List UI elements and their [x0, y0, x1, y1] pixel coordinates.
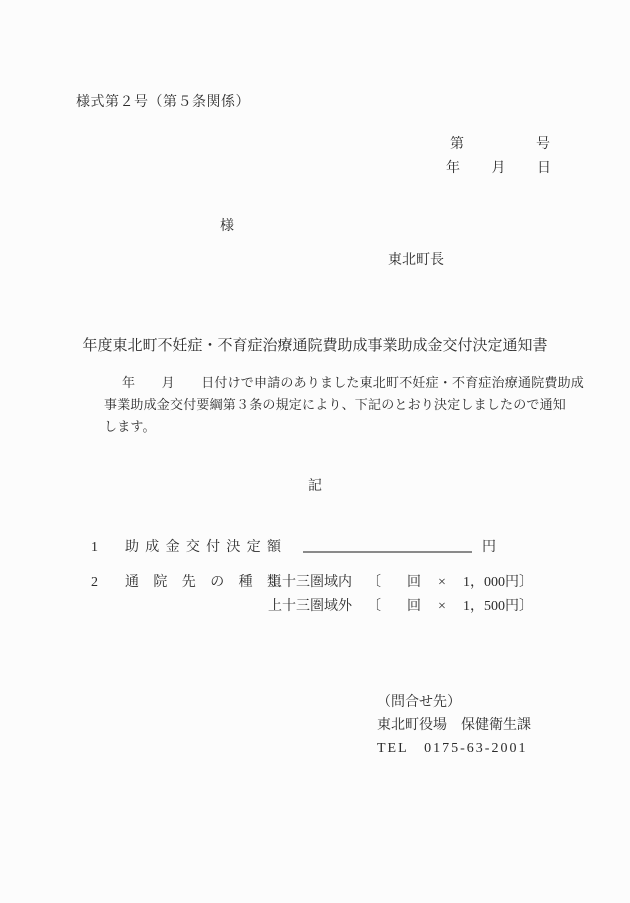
option-outside-open-bracket: 〔: [367, 598, 407, 616]
item1-label: 助成金交付決定額: [125, 539, 281, 557]
body-paragraph-line-3: します。: [104, 419, 156, 435]
contact-heading: （問合せ先）: [377, 694, 461, 712]
doc-number-suffix: 号: [536, 136, 550, 154]
date-year-label: 年: [446, 160, 460, 178]
recipient-honorific: 様: [220, 218, 234, 236]
date-line: 年 月 日: [446, 160, 551, 178]
option-row-outside-area: 上十三圏域外 〔 回 × 1，500円〕: [268, 598, 533, 616]
contact-office-name: 東北町役場 保健衛生課: [377, 717, 531, 735]
item1-number: 1: [91, 539, 111, 557]
record-heading: 記: [0, 478, 630, 496]
date-month-label: 月: [492, 160, 506, 178]
item1-unit-yen: 円: [482, 539, 496, 557]
item2-label: 通院先の種類: [125, 574, 281, 592]
amount-blank-line: [303, 538, 472, 553]
sender-name: 東北町長: [388, 252, 444, 270]
option-outside-count-unit: 回: [407, 598, 438, 616]
option-outside-area-name: 上十三圏域外: [268, 598, 367, 616]
document-title: 年度東北町不妊症・不育症治療通院費助成事業助成金交付決定通知書: [0, 337, 630, 356]
option-inside-price: 1，000円〕: [463, 574, 533, 592]
option-row-inside-area: 上十三圏域内 〔 回 × 1，000円〕: [268, 574, 533, 592]
body-paragraph-line-2: 事業助成金交付要綱第３条の規定により、下記のとおり決定しましたので通知: [104, 397, 566, 413]
option-inside-count-unit: 回: [407, 574, 438, 592]
contact-phone-number: TEL 0175-63-2001: [377, 740, 527, 758]
notice-document-page: 様式第２号（第５条関係） 第 号 年 月 日 様 東北町長 年度東北町不妊症・不…: [0, 0, 630, 903]
option-inside-multiply-sign: ×: [438, 574, 463, 592]
option-inside-area-name: 上十三圏域内: [268, 574, 367, 592]
date-day-label: 日: [537, 160, 551, 178]
body-paragraph-line-1: 年 月 日付けで申請のありました東北町不妊症・不育症治療通院費助成: [122, 375, 584, 391]
document-number-line: 第 号: [450, 136, 550, 154]
option-outside-price: 1，500円〕: [463, 598, 533, 616]
form-style-label: 様式第２号（第５条関係）: [76, 94, 250, 112]
doc-number-prefix: 第: [450, 136, 464, 154]
option-outside-multiply-sign: ×: [438, 598, 463, 616]
item2-number: 2: [91, 574, 111, 592]
option-inside-open-bracket: 〔: [367, 574, 407, 592]
